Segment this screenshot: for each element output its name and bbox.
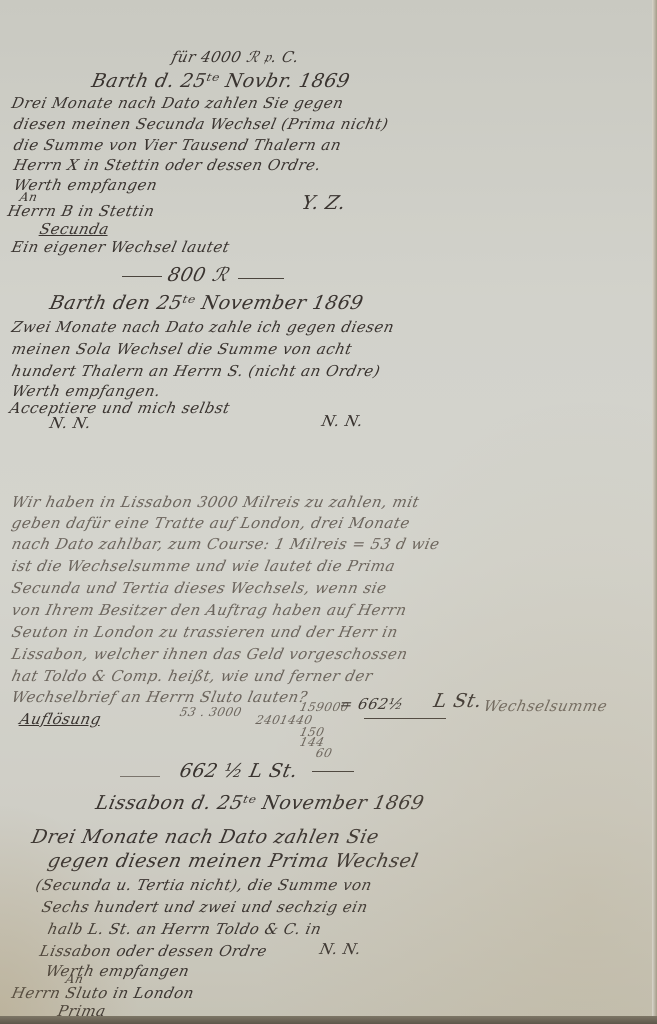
place-date-1: Barth d. 25ᵗᵉ Novbr. 1869	[90, 70, 352, 92]
body-line: Sechs hundert und zwei und sechzig ein	[40, 898, 370, 916]
addressee-1: Herrn B in Stettin	[6, 202, 156, 220]
body-line: hat Toldo & Comp. heißt, wie und ferner …	[10, 667, 374, 685]
body-line: (Secunda u. Tertia nicht), die Summe von	[34, 876, 374, 894]
calc-step: 60	[315, 746, 334, 760]
calc-result: = 662½	[338, 695, 405, 713]
addressee-4: Herrn Sluto in London	[10, 984, 196, 1002]
body-line: ist die Wechselsumme und wie lautet die …	[10, 557, 397, 575]
body-line: Drei Monate nach Dato zahlen Sie	[30, 826, 381, 848]
body-line: Herrn X in Stettin oder dessen Ordre.	[12, 156, 323, 174]
body-line: die Summe von Vier Tausend Thalern an	[12, 136, 343, 154]
body-line: gegen diesen meinen Prima Wechsel	[46, 850, 421, 872]
page-right-edge	[652, 0, 657, 1024]
signature-2-right: N. N.	[320, 412, 365, 430]
calc-main: 53 . 3000	[179, 705, 244, 719]
place-date-2: Barth den 25ᵗᵉ November 1869	[48, 292, 366, 314]
calc-label: Wechselsumme	[482, 697, 609, 715]
body-line: Acceptiere und mich selbst	[8, 399, 232, 417]
signature-1: Y. Z.	[300, 192, 348, 214]
divider	[312, 771, 354, 772]
place-date-4: Lissabon d. 25ᵗᵉ November 1869	[94, 792, 427, 814]
body-line: Secunda und Tertia dieses Wechsels, wenn…	[10, 579, 388, 597]
body-line: Lissabon, welcher ihnen das Geld vorgesc…	[10, 645, 409, 663]
body-line: Wechselbrief an Herrn Sluto lauten?	[10, 688, 309, 706]
manuscript-page: für 4000 ℛ 𝔭. C. Barth d. 25ᵗᵉ Novbr. 18…	[0, 0, 653, 1016]
body-line: Werth empfangen.	[10, 382, 162, 400]
body-line: nach Dato zahlbar, zum Course: 1 Milreis…	[10, 535, 441, 553]
amount-800: 800 ℛ	[166, 264, 231, 286]
body-line: Drei Monate nach Dato zahlen Sie gegen	[10, 94, 345, 112]
body-line: Lissabon oder dessen Ordre	[38, 942, 269, 960]
body-line: meinen Sola Wechsel die Summe von acht	[10, 340, 354, 358]
signature-4: N. N.	[318, 940, 363, 958]
body-line: von Ihrem Besitzer den Auftrag haben auf…	[10, 601, 408, 619]
body-line: diesen meinen Secunda Wechsel (Prima nic…	[12, 115, 390, 133]
calc-unit: L St.	[432, 690, 485, 712]
intro-line: Ein eigener Wechsel lautet	[10, 238, 231, 256]
body-line: halb L. St. an Herrn Toldo & C. in	[46, 920, 323, 938]
result-amount: 662 ½ L St.	[178, 760, 300, 782]
signature-2-left: N. N.	[48, 414, 93, 432]
copy-label-secunda: Secunda	[38, 220, 111, 238]
body-line: Zwei Monate nach Dato zahle ich gegen di…	[10, 318, 396, 336]
page-bottom-edge	[0, 1016, 657, 1024]
body-line: hundert Thalern an Herrn S. (nicht an Or…	[10, 362, 382, 380]
body-line: Seuton in London zu trassieren und der H…	[10, 623, 400, 641]
body-line: geben dafür eine Tratte auf London, drei…	[10, 514, 412, 532]
divider	[238, 278, 284, 279]
body-line: Wir haben in Lissabon 3000 Milreis zu za…	[10, 493, 421, 511]
divider	[122, 276, 162, 277]
solution-label: Auflösung	[18, 710, 103, 728]
amount-header: für 4000 ℛ 𝔭. C.	[170, 48, 301, 66]
result-underline	[364, 718, 446, 719]
divider	[120, 776, 160, 777]
